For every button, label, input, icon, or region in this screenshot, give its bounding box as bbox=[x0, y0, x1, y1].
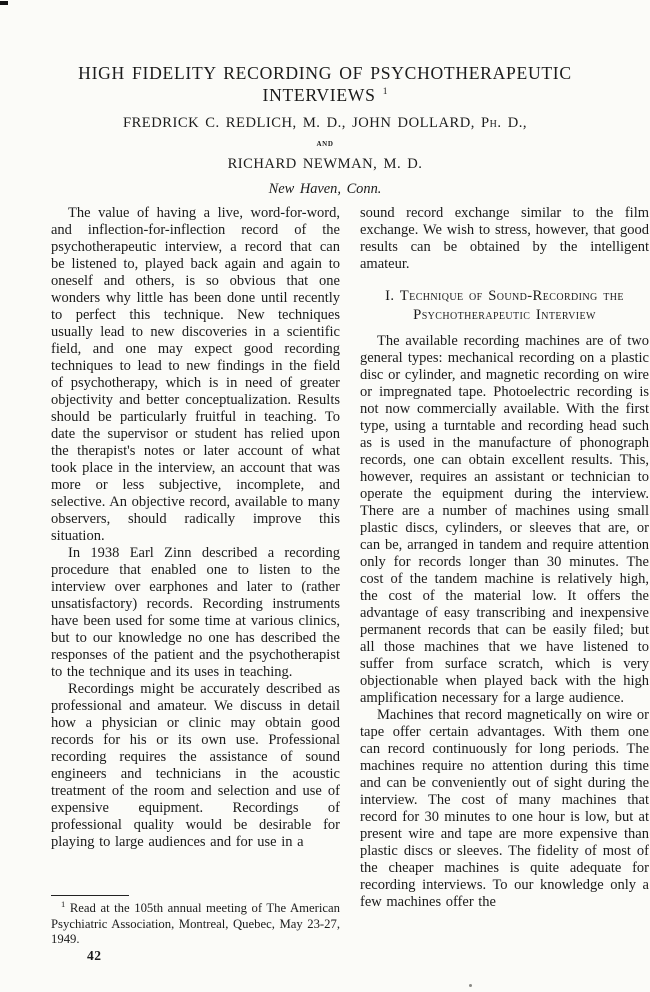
footnote-block: 1 Read at the 105th annual meeting of Th… bbox=[51, 895, 340, 948]
footnote: 1 Read at the 105th annual meeting of Th… bbox=[51, 901, 340, 948]
article-header: HIGH FIDELITY RECORDING OF PSYCHOTHERAPE… bbox=[0, 62, 650, 198]
authors-line-2: RICHARD NEWMAN, M. D. bbox=[0, 156, 650, 173]
footnote-text: Read at the 105th annual meeting of The … bbox=[51, 901, 340, 946]
page-number: 42 bbox=[87, 948, 102, 964]
authors-line-1: FREDRICK C. REDLICH, M. D., JOHN DOLLARD… bbox=[0, 115, 650, 132]
title-line-1: HIGH FIDELITY RECORDING OF PSYCHOTHERAPE… bbox=[78, 63, 572, 83]
article-title: HIGH FIDELITY RECORDING OF PSYCHOTHERAPE… bbox=[0, 62, 650, 106]
scanned-paper-page: HIGH FIDELITY RECORDING OF PSYCHOTHERAPE… bbox=[0, 0, 650, 992]
paragraph-professional-amateur: Recordings might be accurately described… bbox=[51, 681, 340, 851]
title-line-2: INTERVIEWS bbox=[263, 85, 376, 105]
paragraph-recording-machines: The available recording machines are of … bbox=[360, 333, 649, 707]
article-body: The value of having a live, word-for-wor… bbox=[51, 205, 649, 992]
scan-artifact-mark bbox=[0, 1, 8, 5]
authors-location: New Haven, Conn. bbox=[0, 181, 650, 198]
title-footnote-marker: 1 bbox=[383, 87, 388, 97]
paragraph-zinn-history: In 1938 Earl Zinn described a recording … bbox=[51, 545, 340, 681]
right-column: sound record exchange similar to the fil… bbox=[360, 205, 649, 992]
paragraph-intro: The value of having a live, word-for-wor… bbox=[51, 205, 340, 545]
scan-artifact-dot bbox=[469, 984, 472, 987]
footnote-marker: 1 bbox=[61, 899, 65, 909]
paragraph-magnetic-machines: Machines that record magnetically on wir… bbox=[360, 707, 649, 911]
paragraph-continuation: sound record exchange similar to the fil… bbox=[360, 205, 649, 273]
section-heading-technique: I. Technique of Sound-Recording the Psyc… bbox=[374, 287, 635, 324]
authors-connector: and bbox=[0, 138, 650, 149]
footnote-rule bbox=[51, 895, 129, 896]
left-column: The value of having a live, word-for-wor… bbox=[51, 205, 340, 992]
